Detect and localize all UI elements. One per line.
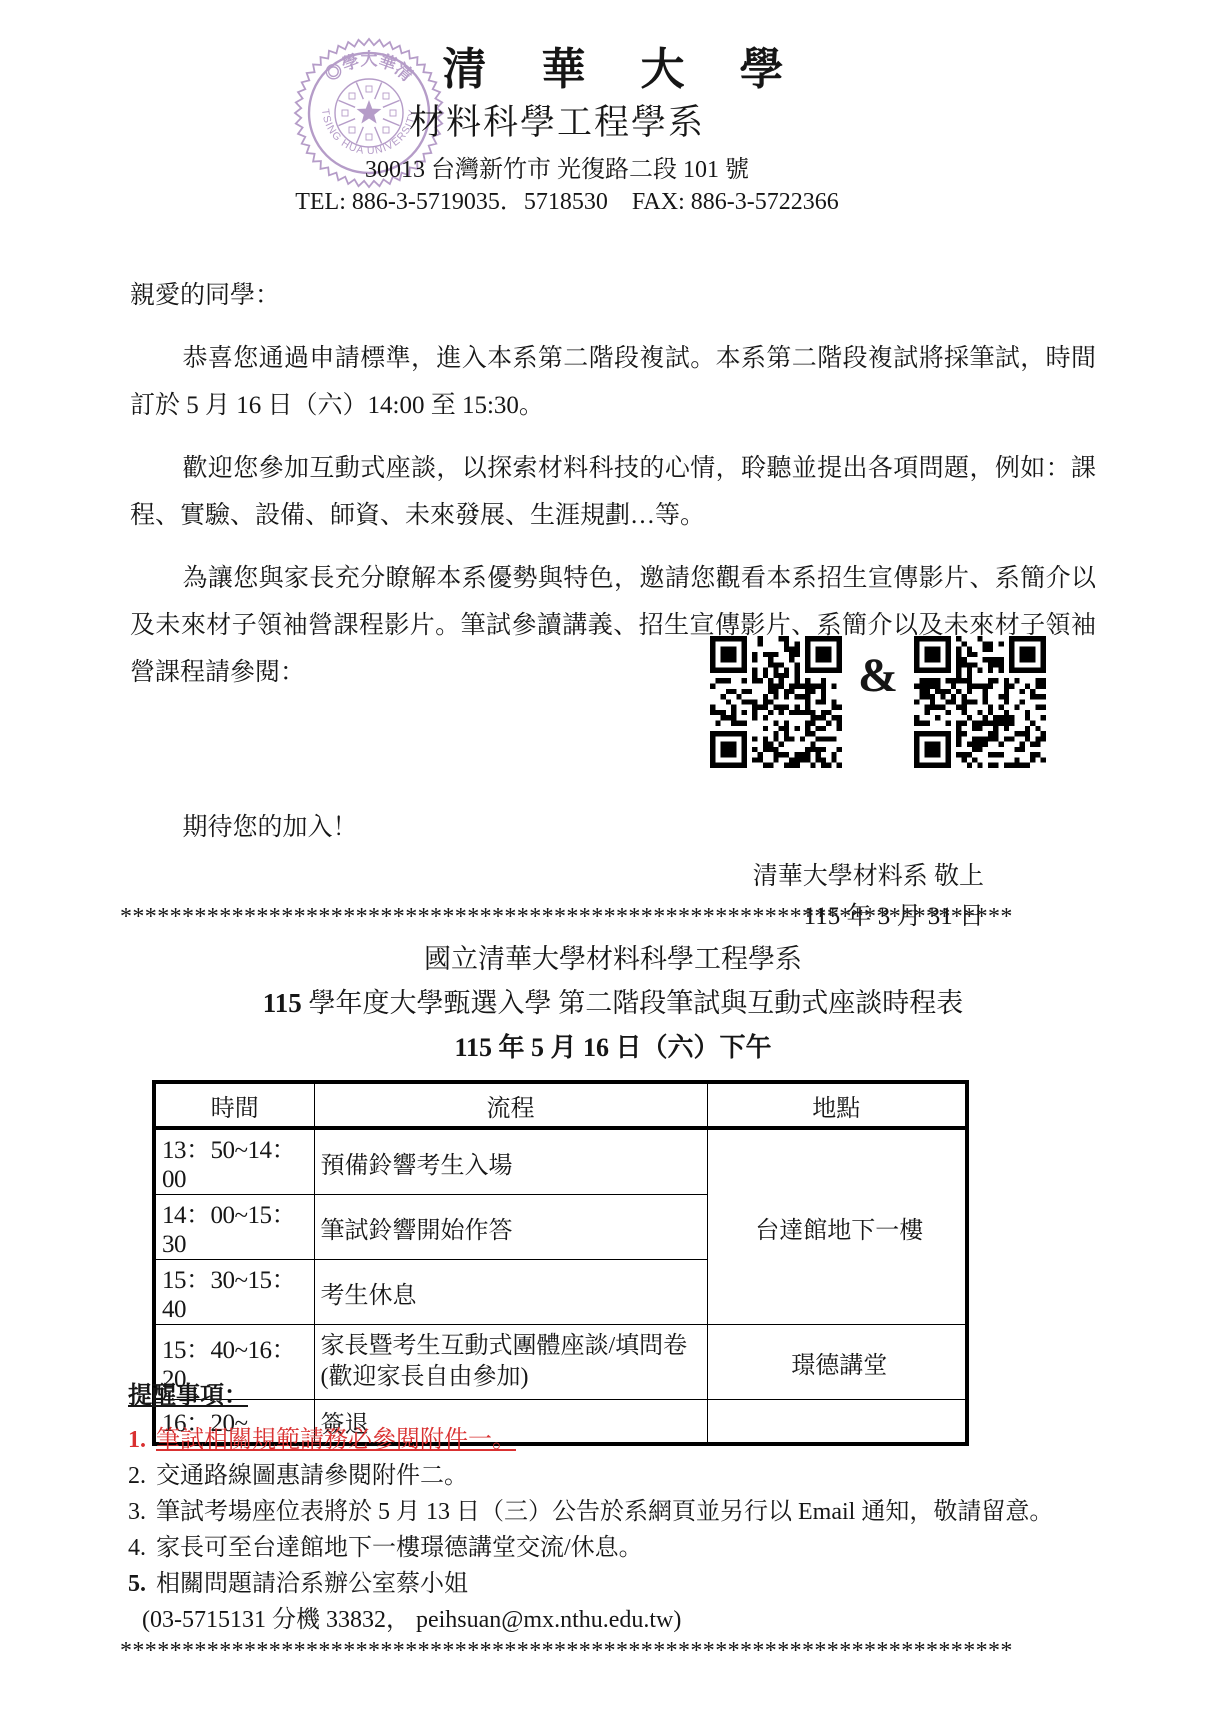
- schedule-title-1: 國立清華大學材料科學工程學系: [0, 938, 1226, 980]
- qr-code-icon-2: [914, 636, 1046, 768]
- reminder-number: 5.: [128, 1566, 156, 1602]
- cell-location-merged: 台達館地下一樓: [707, 1128, 967, 1325]
- closing-line: 期待您的加入！: [130, 804, 1096, 851]
- address-line: 30013 台灣新竹市 光復路二段 101 號: [0, 154, 1170, 186]
- schedule-title-2-text: 學年度大學甄選入學 第二階段筆試與互動式座談時程表: [302, 988, 964, 1018]
- reminder-text: 家長可至台達館地下一樓璟德講堂交流/休息。: [156, 1530, 643, 1566]
- schedule-title-3: 115 年 5 月 16 日（六）下午: [0, 1026, 1226, 1070]
- cell-flow-line-1: 家長暨考生互動式團體座談/填問卷: [321, 1331, 707, 1362]
- ampersand-separator: &: [858, 652, 898, 700]
- letter-body: 親愛的同學： 恭喜您通過申請標準，進入本系第二階段複試。本系第二階段複試將採筆試…: [130, 272, 1096, 937]
- schedule-title-2-number: 115: [263, 988, 302, 1018]
- cell-flow: 預備鈴響考生入場: [314, 1128, 707, 1195]
- reminder-number: 1.: [128, 1422, 156, 1458]
- table-row: 13：50~14：00 預備鈴響考生入場 台達館地下一樓: [154, 1128, 967, 1195]
- reminder-text: 相關問題請洽系辦公室蔡小姐: [156, 1566, 468, 1602]
- reminders-heading: 提醒事項：: [128, 1378, 1108, 1414]
- cell-time: 13：50~14：00: [154, 1128, 314, 1195]
- reminder-number: 4.: [128, 1530, 156, 1566]
- table-header-row: 時間 流程 地點: [154, 1082, 967, 1128]
- letter-page: ◎學大華清 TSING HUA UNIVERSITY 清 華 大 學 材料科學工…: [0, 0, 1226, 1732]
- reminder-text: 交通路線圖惠請參閱附件二。: [156, 1458, 468, 1494]
- reminder-item-5: 5. 相關問題請洽系辦公室蔡小姐: [128, 1566, 1108, 1602]
- reminder-item-3: 3. 筆試考場座位表將於 5 月 13 日（三）公告於系網頁並另行以 Email…: [128, 1494, 1108, 1530]
- department-name: 材料科學工程學系: [0, 100, 1170, 146]
- cell-flow: 考生休息: [314, 1260, 707, 1325]
- reminder-item-1: 1. 筆試相關規範請務必參閱附件一。: [128, 1422, 1108, 1458]
- cell-time: 15：30~15：40: [154, 1260, 314, 1325]
- reminders-section: 提醒事項： 1. 筆試相關規範請務必參閱附件一。 2. 交通路線圖惠請參閱附件二…: [128, 1378, 1108, 1638]
- qr-code-icon-1: [710, 636, 842, 768]
- cell-time: 14：00~15：30: [154, 1195, 314, 1260]
- cell-flow: 筆試鈴響開始作答: [314, 1195, 707, 1260]
- col-header-flow: 流程: [314, 1082, 707, 1128]
- reminder-text: 筆試相關規範請務必參閱附件一。: [156, 1422, 516, 1458]
- asterisk-divider-bottom: ****************************************…: [120, 1636, 1106, 1666]
- col-header-time: 時間: [154, 1082, 314, 1128]
- schedule-title-2: 115 學年度大學甄選入學 第二階段筆試與互動式座談時程表: [0, 980, 1226, 1026]
- contact-line: TEL: 886-3-5719035．5718530 FAX: 886-3-57…: [0, 186, 1180, 218]
- paragraph-1: 恭喜您通過申請標準，進入本系第二階段複試。本系第二階段複試將採筆試，時間訂於 5…: [130, 335, 1096, 429]
- letterhead: 清 華 大 學 材料科學工程學系 30013 台灣新竹市 光復路二段 101 號…: [0, 44, 1226, 218]
- university-name: 清 華 大 學: [0, 44, 1226, 96]
- reminder-item-2: 2. 交通路線圖惠請參閱附件二。: [128, 1458, 1108, 1494]
- salutation: 親愛的同學：: [130, 272, 1096, 319]
- reminder-5-contact-detail: (03-5715131 分機 33832， peihsuan@mx.nthu.e…: [142, 1602, 1108, 1638]
- reminder-number: 2.: [128, 1458, 156, 1494]
- signature-line: 清華大學材料系 敬上: [130, 857, 1096, 897]
- reminder-number: 3.: [128, 1494, 156, 1530]
- paragraph-2: 歡迎您參加互動式座談，以探索材料科技的心情，聆聽並提出各項問題，例如：課程、實驗…: [130, 445, 1096, 539]
- col-header-location: 地點: [707, 1082, 967, 1128]
- schedule-section: 國立清華大學材料科學工程學系 115 學年度大學甄選入學 第二階段筆試與互動式座…: [0, 938, 1226, 1446]
- qr-code-row: &: [710, 636, 1046, 768]
- reminder-text: 筆試考場座位表將於 5 月 13 日（三）公告於系網頁並另行以 Email 通知…: [156, 1494, 1053, 1530]
- reminder-item-4: 4. 家長可至台達館地下一樓璟德講堂交流/休息。: [128, 1530, 1108, 1566]
- asterisk-divider-top: ****************************************…: [120, 902, 1106, 932]
